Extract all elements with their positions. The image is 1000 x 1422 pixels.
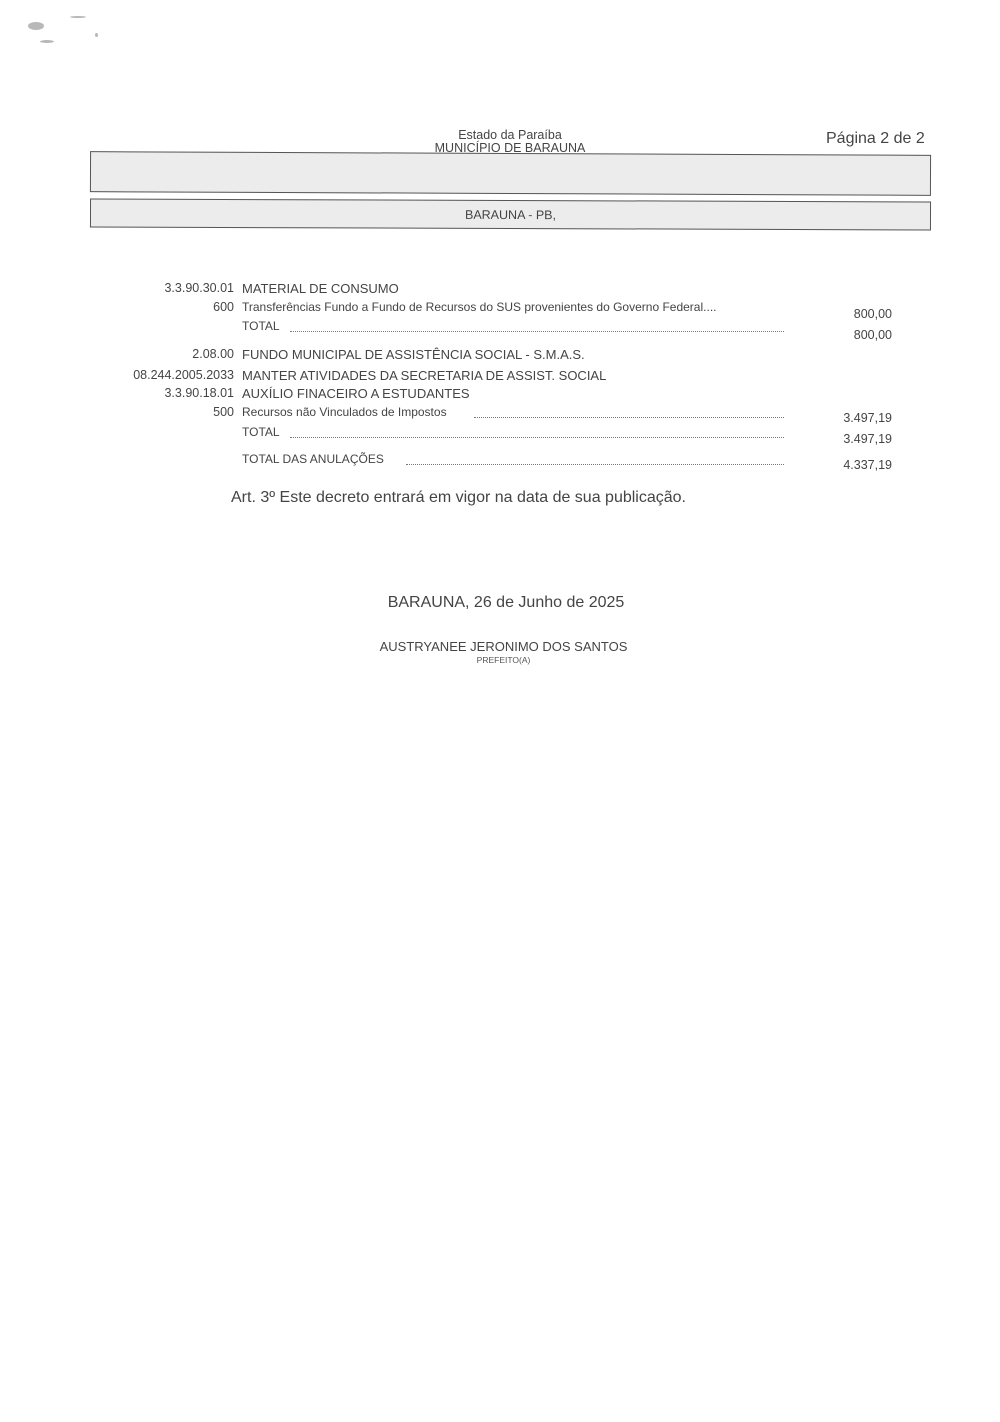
entry-description: Transferências Fundo a Fundo de Recursos… <box>242 300 716 314</box>
signer-role: PREFEITO(A) <box>0 655 1000 665</box>
dot-leader <box>290 437 784 438</box>
entry-code: 3.3.90.30.01 <box>164 281 234 295</box>
entry-row: TOTAL 3.497,19 <box>0 425 1000 443</box>
scan-smudge <box>70 16 86 18</box>
entry-value: 800,00 <box>854 328 892 342</box>
entry-description: Recursos não Vinculados de Impostos <box>242 405 447 419</box>
entry-description: TOTAL <box>242 425 280 439</box>
scan-smudge <box>40 40 54 43</box>
entry-row-grand-total: TOTAL DAS ANULAÇÕES 4.337,19 <box>0 452 1000 470</box>
signer-name: AUSTRYANEE JERONIMO DOS SANTOS <box>0 639 1000 654</box>
page-indicator: Página 2 de 2 <box>826 130 925 148</box>
entry-description: MANTER ATIVIDADES DA SECRETARIA DE ASSIS… <box>242 368 606 383</box>
document-header: Estado da Paraíba MUNICÍPIO DE BARAUNA <box>400 129 620 155</box>
dot-leader <box>406 464 784 465</box>
article-text: Art. 3º Este decreto entrará em vigor na… <box>231 489 686 507</box>
dot-leader <box>474 417 784 418</box>
location-label: BARAUNA - PB, <box>91 207 930 224</box>
entry-row: 08.244.2005.2033 MANTER ATIVIDADES DA SE… <box>0 368 1000 386</box>
entry-description: TOTAL <box>242 319 280 333</box>
entry-row: 600 Transferências Fundo a Fundo de Recu… <box>0 300 1000 318</box>
entry-code: 600 <box>213 300 234 314</box>
entry-code: 08.244.2005.2033 <box>133 368 234 382</box>
entry-row: TOTAL 800,00 <box>0 319 1000 337</box>
entry-code: 2.08.00 <box>192 347 234 361</box>
scan-smudge <box>95 33 98 37</box>
entry-row: 3.3.90.18.01 AUXÍLIO FINACEIRO A ESTUDAN… <box>0 386 1000 404</box>
entry-row: 500 Recursos não Vinculados de Impostos … <box>0 405 1000 423</box>
entry-description: MATERIAL DE CONSUMO <box>242 281 399 296</box>
entry-code: 500 <box>213 405 234 419</box>
entry-row: 3.3.90.30.01 MATERIAL DE CONSUMO <box>0 281 1000 299</box>
entry-value: 3.497,19 <box>843 411 892 425</box>
scan-smudge <box>28 22 44 30</box>
entry-description: TOTAL DAS ANULAÇÕES <box>242 452 384 466</box>
entry-description: AUXÍLIO FINACEIRO A ESTUDANTES <box>242 386 470 401</box>
entry-code: 3.3.90.18.01 <box>164 386 234 400</box>
header-banner-location: BARAUNA - PB, <box>90 199 931 231</box>
entry-row: 2.08.00 FUNDO MUNICIPAL DE ASSISTÊNCIA S… <box>0 347 1000 365</box>
place-and-date: BARAUNA, 26 de Junho de 2025 <box>0 594 1000 612</box>
entry-value: 4.337,19 <box>843 458 892 472</box>
entry-value: 3.497,19 <box>843 432 892 446</box>
entry-description: FUNDO MUNICIPAL DE ASSISTÊNCIA SOCIAL - … <box>242 347 585 362</box>
dot-leader <box>290 331 784 332</box>
header-banner-empty <box>90 151 931 196</box>
